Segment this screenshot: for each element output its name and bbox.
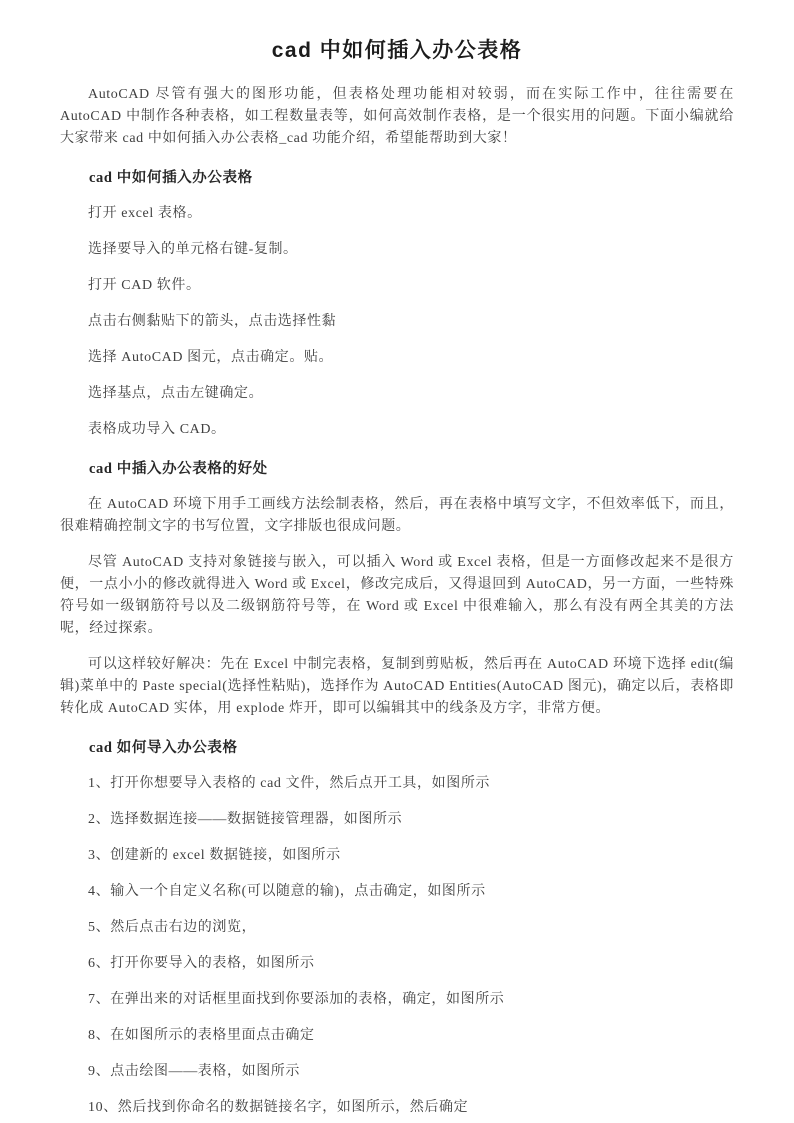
page-title: cad 中如何插入办公表格 (60, 34, 734, 64)
numbered-step: 7、在弹出来的对话框里面找到你要添加的表格，确定，如图所示 (60, 989, 734, 1011)
paragraph: 打开 CAD 软件。 (60, 275, 734, 297)
numbered-step: 2、选择数据连接——数据链接管理器，如图所示 (60, 809, 734, 831)
section-heading-import-steps: cad 如何导入办公表格 (60, 737, 734, 759)
numbered-step: 4、输入一个自定义名称(可以随意的输)，点击确定，如图所示 (60, 881, 734, 903)
numbered-step: 8、在如图所示的表格里面点击确定 (60, 1025, 734, 1047)
paragraph: 点击右侧黏贴下的箭头，点击选择性黏 (60, 311, 734, 333)
document-page: cad 中如何插入办公表格 AutoCAD 尽管有强大的图形功能，但表格处理功能… (0, 0, 794, 1123)
numbered-step: 1、打开你想要导入表格的 cad 文件，然后点开工具，如图所示 (60, 773, 734, 795)
intro-paragraph: AutoCAD 尽管有强大的图形功能，但表格处理功能相对较弱，而在实际工作中，往… (60, 84, 734, 150)
numbered-step: 3、创建新的 excel 数据链接，如图所示 (60, 845, 734, 867)
paragraph: 表格成功导入 CAD。 (60, 419, 734, 441)
numbered-step: 9、点击绘图——表格，如图所示 (60, 1061, 734, 1083)
numbered-step: 10、然后找到你命名的数据链接名字，如图所示，然后确定 (60, 1097, 734, 1119)
numbered-step: 6、打开你要导入的表格，如图所示 (60, 953, 734, 975)
paragraph: 选择要导入的单元格右键-复制。 (60, 239, 734, 261)
section-heading-benefits: cad 中插入办公表格的好处 (60, 458, 734, 480)
paragraph: 打开 excel 表格。 (60, 203, 734, 225)
paragraph: 在 AutoCAD 环境下用手工画线方法绘制表格，然后，再在表格中填写文字，不但… (60, 494, 734, 538)
paragraph: 选择基点，点击左键确定。 (60, 383, 734, 405)
section-heading-insert-steps: cad 中如何插入办公表格 (60, 167, 734, 189)
paragraph: 可以这样较好解决：先在 Excel 中制完表格，复制到剪贴板，然后再在 Auto… (60, 654, 734, 720)
numbered-step: 5、然后点击右边的浏览， (60, 917, 734, 939)
paragraph: 尽管 AutoCAD 支持对象链接与嵌入，可以插入 Word 或 Excel 表… (60, 552, 734, 640)
paragraph: 选择 AutoCAD 图元，点击确定。贴。 (60, 347, 734, 369)
